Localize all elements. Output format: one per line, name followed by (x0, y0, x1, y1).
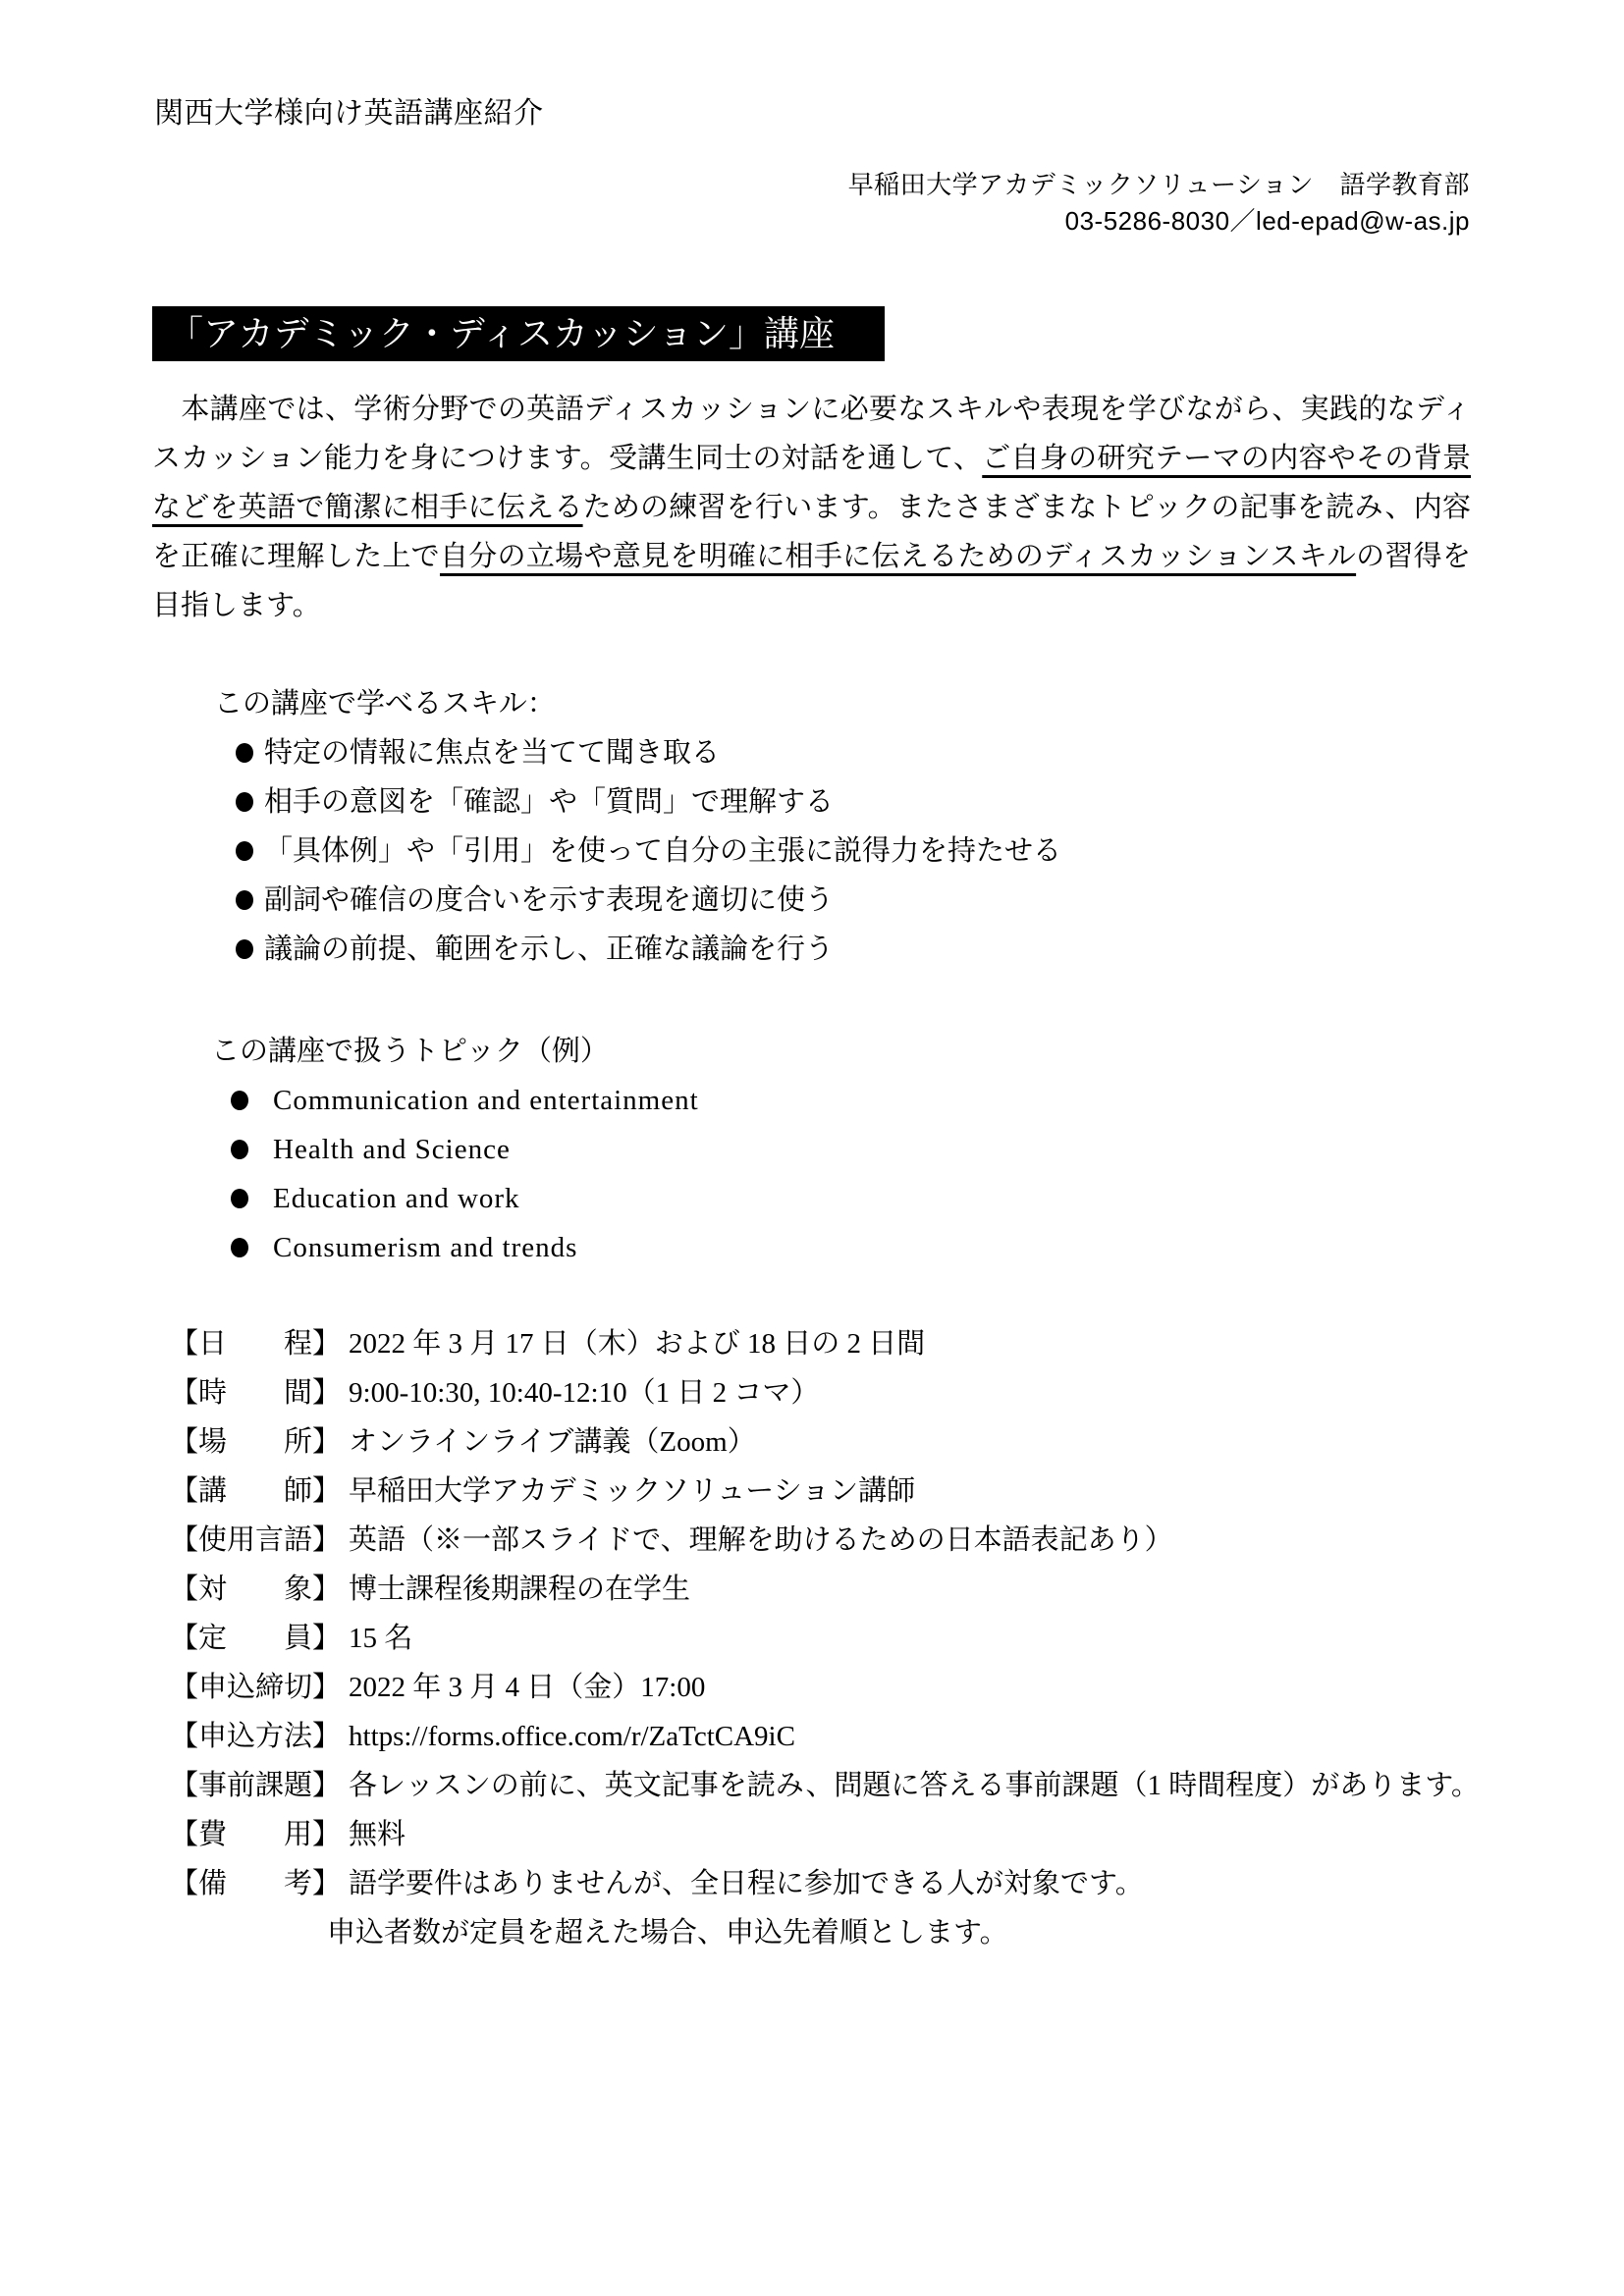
detail-row: 【申込方法】https://forms.office.com/r/ZaTctCA… (170, 1712, 1480, 1761)
detail-row: 【事前課題】各レッスンの前に、英文記事を読み、問題に答える事前課題（1 時間程度… (170, 1761, 1480, 1810)
skill-item: 議論の前提、範囲を示し、正確な議論を行う (214, 925, 1061, 974)
bracket-open: 【 (170, 1524, 198, 1556)
bullet-icon (236, 939, 253, 959)
bracket-close: 】 (312, 1328, 341, 1360)
detail-row: 【日程】2022 年 3 月 17 日（木）および 18 日の 2 日間 (170, 1319, 1480, 1368)
bullet-icon (236, 890, 253, 910)
detail-label: 【対象】 (170, 1565, 341, 1614)
detail-value-url: https://forms.office.com/r/ZaTctCA9iC (349, 1721, 795, 1752)
course-title-banner: 「アカデミック・ディスカッション」講座 (152, 306, 885, 361)
bracket-close: 】 (312, 1377, 341, 1409)
detail-value: 2022 年 3 月 4 日（金）17:00 (349, 1672, 705, 1703)
topic-item: Health and Science (211, 1125, 699, 1174)
bracket-close: 】 (312, 1524, 341, 1556)
bracket-open: 【 (170, 1475, 198, 1507)
document-page: 関西大学様向け英語講座紹介 早稲田大学アカデミックソリューション 語学教育部 0… (0, 0, 1624, 2296)
detail-label: 【日程】 (170, 1319, 341, 1368)
bracket-open: 【 (170, 1574, 198, 1605)
bracket-open: 【 (170, 1770, 198, 1801)
skills-list: 特定の情報に焦点を当てて聞き取る 相手の意図を「確認」や「質問」で理解する 「具… (214, 728, 1061, 974)
contact-phone-email-line: 03-5286-8030／led-epad@w-as.jp (848, 203, 1470, 240)
detail-value: 早稲田大学アカデミックソリューション講師 (349, 1475, 915, 1507)
bullet-icon (231, 1189, 248, 1208)
detail-value: 2022 年 3 月 17 日（木）および 18 日の 2 日間 (349, 1328, 925, 1360)
topic-item: Consumerism and trends (211, 1223, 699, 1272)
skill-item-label: 特定の情報に焦点を当てて聞き取る (264, 728, 720, 777)
detail-value: 15 名 (349, 1623, 412, 1654)
detail-row: 【定員】15 名 (170, 1614, 1480, 1663)
details-section: 【日程】2022 年 3 月 17 日（木）および 18 日の 2 日間 【時間… (170, 1319, 1480, 1957)
skill-item-label: 議論の前提、範囲を示し、正確な議論を行う (264, 925, 834, 974)
skill-item-label: 「具体例」や「引用」を使って自分の主張に説得力を持たせる (264, 827, 1061, 876)
topic-item-label: Education and work (273, 1174, 520, 1223)
intro-paragraph: 本講座では、学術分野での英語ディスカッションに必要なスキルや表現を学びながら、実… (152, 385, 1471, 630)
bracket-open: 【 (170, 1377, 198, 1409)
remarks-continuation-line: 申込者数が定員を超えた場合、申込先着順とします。 (170, 1908, 1480, 1957)
bullet-icon (231, 1238, 248, 1257)
topic-item-label: Health and Science (273, 1125, 511, 1174)
contact-department-line: 早稲田大学アカデミックソリューション 語学教育部 (848, 167, 1470, 203)
detail-label: 【時間】 (170, 1368, 341, 1417)
skill-item: 副詞や確信の度合いを示す表現を適切に使う (214, 876, 1061, 925)
detail-label: 【申込締切】 (170, 1663, 341, 1712)
detail-value: 無料 (349, 1819, 406, 1850)
detail-row: 【使用言語】英語（※一部スライドで、理解を助けるための日本語表記あり） (170, 1516, 1480, 1565)
bracket-close: 】 (312, 1672, 341, 1703)
detail-label: 【使用言語】 (170, 1516, 341, 1565)
skill-item-label: 相手の意図を「確認」や「質問」で理解する (264, 777, 834, 827)
skills-section: この講座で学べるスキル： 特定の情報に焦点を当てて聞き取る 相手の意図を「確認」… (214, 679, 1061, 974)
detail-row: 【講師】早稲田大学アカデミックソリューション講師 (170, 1467, 1480, 1516)
detail-value: オンラインライブ講義（Zoom） (349, 1426, 756, 1458)
detail-row: 【時間】9:00-10:30, 10:40-12:10（1 日 2 コマ） (170, 1368, 1480, 1417)
detail-label: 【定員】 (170, 1614, 341, 1663)
bracket-close: 】 (312, 1868, 341, 1899)
detail-value: 申込者数が定員を超えた場合、申込先着順とします。 (327, 1917, 1008, 1949)
topic-item-label: Communication and entertainment (273, 1076, 699, 1125)
contact-block: 早稲田大学アカデミックソリューション 語学教育部 03-5286-8030／le… (848, 167, 1470, 240)
bullet-icon (236, 792, 253, 812)
topic-item-label: Consumerism and trends (273, 1223, 577, 1272)
bracket-open: 【 (170, 1672, 198, 1703)
skill-item: 「具体例」や「引用」を使って自分の主張に説得力を持たせる (214, 827, 1061, 876)
detail-row: 【対象】博士課程後期課程の在学生 (170, 1565, 1480, 1614)
skill-item: 相手の意図を「確認」や「質問」で理解する (214, 777, 1061, 827)
bracket-close: 】 (312, 1475, 341, 1507)
detail-label: 【場所】 (170, 1417, 341, 1467)
detail-label: 【費用】 (170, 1810, 341, 1859)
intro-segment-underlined: 自分の立場や意見を明確に相手に伝えるためのディスカッションスキル (440, 541, 1356, 572)
bracket-close: 】 (312, 1819, 341, 1850)
detail-value: 各レッスンの前に、英文記事を読み、問題に答える事前課題（1 時間程度）があります… (349, 1770, 1480, 1801)
bracket-open: 【 (170, 1328, 198, 1360)
detail-label: 【事前課題】 (170, 1761, 341, 1810)
bracket-open: 【 (170, 1426, 198, 1458)
bracket-open: 【 (170, 1623, 198, 1654)
skill-item: 特定の情報に焦点を当てて聞き取る (214, 728, 1061, 777)
detail-row: 【申込締切】2022 年 3 月 4 日（金）17:00 (170, 1663, 1480, 1712)
skills-heading: この講座で学べるスキル： (214, 679, 1061, 728)
detail-row: 【場所】オンラインライブ講義（Zoom） (170, 1417, 1480, 1467)
detail-row: 【費用】無料 (170, 1810, 1480, 1859)
course-title: 「アカデミック・ディスカッション」講座 (168, 313, 835, 353)
bracket-close: 】 (312, 1426, 341, 1458)
doc-header: 関西大学様向け英語講座紹介 (154, 94, 544, 133)
bracket-close: 】 (312, 1623, 341, 1654)
bracket-open: 【 (170, 1721, 198, 1752)
bracket-open: 【 (170, 1868, 198, 1899)
detail-value: 語学要件はありませんが、全日程に参加できる人が対象です。 (349, 1868, 1144, 1899)
bracket-close: 】 (312, 1574, 341, 1605)
detail-value: 英語（※一部スライドで、理解を助けるための日本語表記あり） (349, 1524, 1173, 1556)
bullet-icon (236, 743, 253, 763)
topic-item: Education and work (211, 1174, 699, 1223)
detail-label: 【備考】 (170, 1859, 341, 1908)
topics-list: Communication and entertainment Health a… (211, 1076, 699, 1272)
topics-section: この講座で扱うトピック（例） Communication and enterta… (211, 1027, 699, 1272)
bracket-open: 【 (170, 1819, 198, 1850)
bullet-icon (231, 1091, 248, 1110)
skill-item-label: 副詞や確信の度合いを示す表現を適切に使う (264, 876, 834, 925)
bracket-close: 】 (312, 1721, 341, 1752)
bullet-icon (236, 841, 253, 861)
detail-row: 【備考】語学要件はありませんが、全日程に参加できる人が対象です。 (170, 1859, 1480, 1908)
detail-value: 9:00-10:30, 10:40-12:10（1 日 2 コマ） (349, 1377, 819, 1409)
topics-heading: この講座で扱うトピック（例） (211, 1027, 699, 1076)
topic-item: Communication and entertainment (211, 1076, 699, 1125)
bracket-close: 】 (312, 1770, 341, 1801)
detail-label: 【講師】 (170, 1467, 341, 1516)
detail-label: 【申込方法】 (170, 1712, 341, 1761)
bullet-icon (231, 1140, 248, 1159)
detail-value: 博士課程後期課程の在学生 (349, 1574, 690, 1605)
